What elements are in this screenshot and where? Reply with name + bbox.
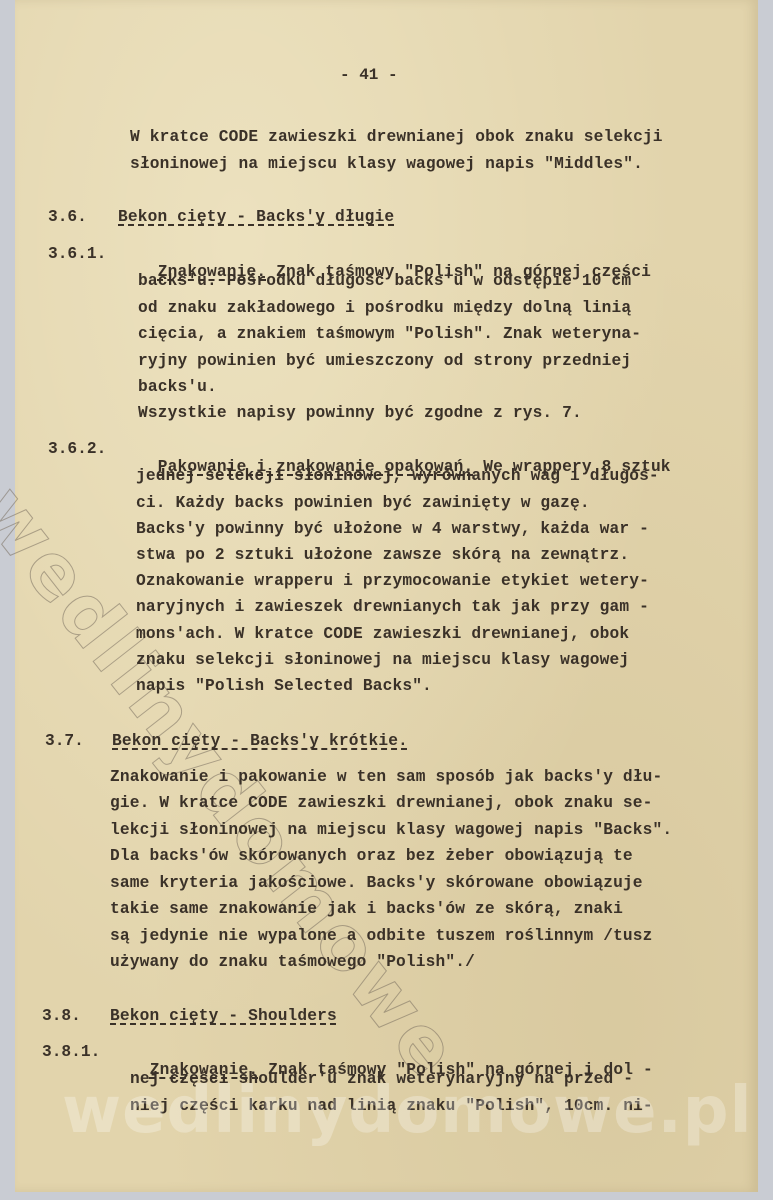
body-line: Oznakowanie wrapperu i przymocowanie ety… [136,572,649,590]
body-line: stwa po 2 sztuki ułożone zawsze skórą na… [136,546,629,564]
section-title: Bekon cięty - Shoulders [110,1007,337,1025]
section-number: 3.7. [45,732,84,750]
section-number: 3.8. [42,1007,81,1025]
body-line: gie. W kratce CODE zawieszki drewnianej,… [110,794,653,812]
body-line: backs'u. Pośrodku długość backs'u w odst… [138,272,631,290]
body-line: same kryteria jakościowe. Backs'y skórow… [110,874,643,892]
section-title: Bekon cięty - Backs'y krótkie. [112,732,408,750]
intro-line: słoninowej na miejscu klasy wagowej napi… [130,155,643,173]
body-line: nej części shoulder'u znak weterynaryjny… [130,1070,633,1088]
section-number: 3.6. [48,208,87,226]
body-line: Wszystkie napisy powinny być zgodne z ry… [138,404,582,422]
body-line: cięcia, a znakiem taśmowym "Polish". Zna… [138,325,641,343]
body-line: ryjny powinien być umieszczony od strony… [138,352,631,370]
body-line: mons'ach. W kratce CODE zawieszki drewni… [136,625,629,643]
subsection-number: 3.6.2. [48,440,106,458]
section-title: Bekon cięty - Backs'y długie [118,208,394,226]
body-line: lekcji słoninowej na miejscu klasy wagow… [110,821,672,839]
body-line: są jedynie nie wypalone a odbite tuszem … [110,927,653,945]
page-number: - 41 - [340,66,398,84]
intro-line: W kratce CODE zawieszki drewnianej obok … [130,128,663,146]
body-line: naryjnych i zawieszek drewnianych tak ja… [136,598,649,616]
body-line: ci. Każdy backs powinien być zawinięty w… [136,494,590,512]
body-line: niej części karku nad linią znaku "Polis… [130,1097,653,1115]
body-line: takie same znakowanie jak i backs'ów ze … [110,900,623,918]
body-line: używany do znaku taśmowego "Polish"./ [110,953,475,971]
body-line: od znaku zakładowego i pośrodku między d… [138,299,631,317]
body-line: Backs'y powinny być ułożone w 4 warstwy,… [136,520,649,538]
body-line: napis "Polish Selected Backs". [136,677,432,695]
body-line: Znakowanie i pakowanie w ten sam sposób … [110,768,662,786]
body-line: Dla backs'ów skórowanych oraz bez żeber … [110,847,633,865]
body-line: jednej selekcji słoninowej, wyrównanych … [136,467,659,485]
body-line: backs'u. [138,378,217,396]
subsection-number: 3.6.1. [48,245,106,263]
subsection-number: 3.8.1. [42,1043,100,1061]
body-line: znaku selekcji słoninowej na miejscu kla… [136,651,629,669]
